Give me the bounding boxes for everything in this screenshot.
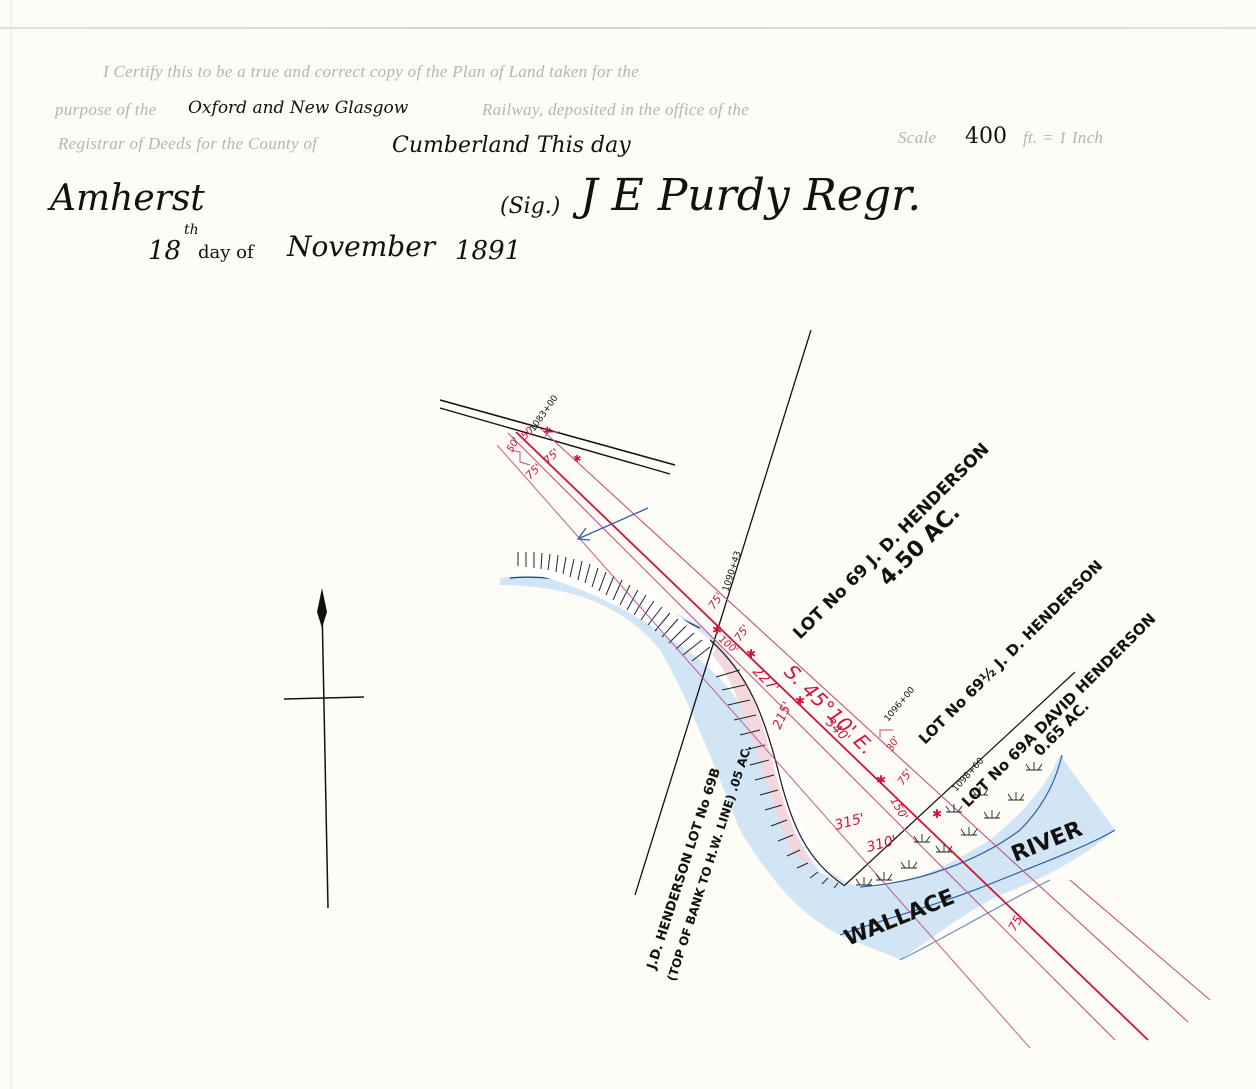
offset-150: 150' <box>887 795 910 822</box>
offset-30: 30' <box>885 735 902 754</box>
svg-text:✱: ✱ <box>543 426 551 437</box>
row-line-west <box>497 445 1030 1048</box>
svg-text:✱: ✱ <box>876 773 886 787</box>
flow-arrow <box>580 508 648 538</box>
svg-text:✱: ✱ <box>573 454 581 465</box>
station-1096: 1096+00 <box>883 685 918 724</box>
offset-310: 310' <box>865 832 899 855</box>
offset-75-c: 75' <box>706 590 726 611</box>
offset-75-f: 75' <box>1005 910 1026 933</box>
svg-text:✱: ✱ <box>712 623 722 637</box>
offset-227: 227' <box>749 664 782 697</box>
offset-75-d: 75' <box>732 622 752 643</box>
bearing-label: S. 45°10' E. <box>779 660 879 760</box>
station-1090: 1090+43 <box>721 550 743 593</box>
lot-69-owner: LOT No 69 J. D. HENDERSON <box>789 439 993 643</box>
offset-75-b: 75' <box>541 446 562 467</box>
svg-text:✱: ✱ <box>746 647 756 661</box>
north-arrow-icon <box>284 588 364 908</box>
road-line-south <box>440 408 670 474</box>
offset-315: 315' <box>833 810 867 833</box>
svg-text:✱: ✱ <box>932 807 942 821</box>
offset-215: 215' <box>770 700 796 732</box>
row-line-east-outer <box>1070 880 1210 1000</box>
survey-plan: ✱ ✱ ✱ ✱ ✱ ✱ ✱ 1083+00 1090+43 1096+00 10… <box>0 0 1256 1089</box>
